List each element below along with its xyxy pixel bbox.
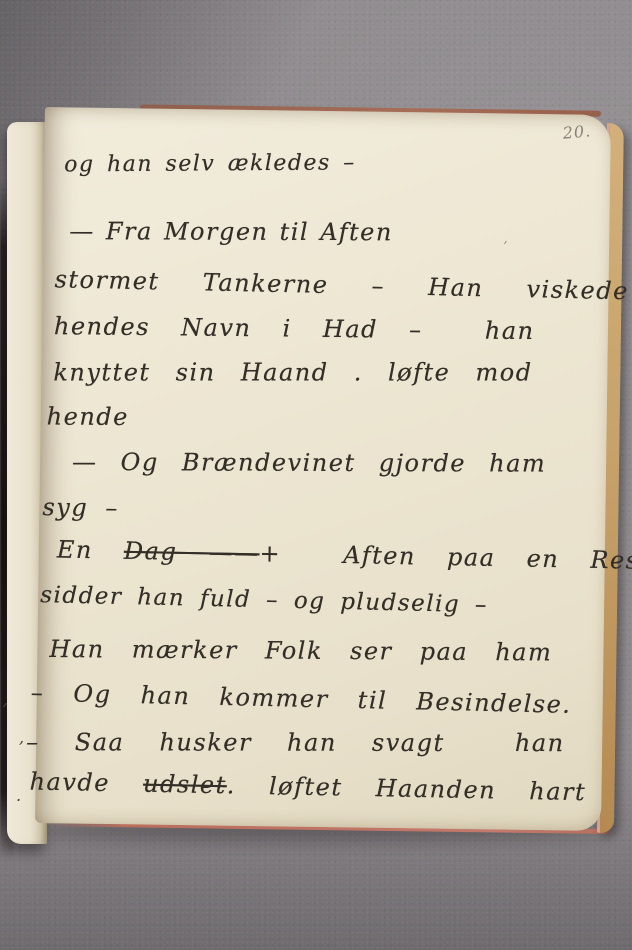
- handwriting-line: En Dag ——+ Aften paa en Restaurant: [57, 538, 632, 575]
- handwriting-line: stormet Tankerne – Han viskede: [54, 267, 629, 303]
- handwriting-line: Han mærker Folk ser paa ham: [49, 637, 552, 665]
- handwriting-segment: . løftet Haanden hart: [227, 771, 587, 806]
- notebook-page: 20. ’ og han selv ækledes – — Fra Morgen…: [35, 107, 611, 831]
- handwriting-line: hendes Navn i Had – han: [54, 314, 535, 343]
- page-number: 20.: [562, 121, 592, 143]
- handwriting-segment: — Og Brændevinet gjorde ham: [72, 448, 546, 478]
- handwriting-segment-struck: udslet: [143, 770, 227, 800]
- photograph-background: ’ , . 20. ’ og han selv ækledes – — Fra …: [0, 0, 632, 950]
- handwriting-segment: + Aften paa en Restaurant: [259, 539, 632, 576]
- handwriting-segment: havde: [29, 767, 143, 797]
- handwriting-segment: hende: [47, 402, 129, 430]
- handwriting-segment: hendes Navn i Had – han: [54, 312, 535, 345]
- ink-mark: .: [16, 788, 21, 804]
- handwriting-line: – Og han kommer til Besindelse.: [31, 681, 572, 717]
- handwriting-segment: En: [57, 536, 125, 565]
- handwriting-line: havde udslet. løftet Haanden hart: [29, 769, 586, 804]
- handwriting-line: — Fra Morgen til Aften: [69, 219, 393, 244]
- handwriting-segment: stormet Tankerne – Han viskede: [54, 265, 629, 305]
- handwriting-segment: Han mærker Folk ser paa ham: [49, 635, 552, 667]
- ink-mark: ,: [19, 730, 24, 746]
- handwriting-line: syg –: [42, 495, 119, 520]
- handwriting-segment-struck: Dag ——: [124, 537, 260, 568]
- handwriting-segment: – Saa husker han svagt han: [26, 728, 564, 757]
- handwriting-line: hende: [47, 404, 129, 428]
- ink-mark: ’: [503, 239, 507, 254]
- page-surface: 20. ’ og han selv ækledes – — Fra Morgen…: [35, 107, 611, 831]
- handwriting-segment: — Fra Morgen til Aften: [69, 217, 393, 246]
- handwriting-line: sidder han fuld – og pludselig –: [40, 584, 488, 617]
- handwriting-line: – Saa husker han svagt han: [26, 730, 564, 755]
- handwriting-line: — Og Brændevinet gjorde ham: [72, 450, 546, 476]
- handwriting-line: knyttet sin Haand . løfte mod: [53, 361, 532, 385]
- handwriting-segment: og han selv ækledes –: [64, 150, 356, 177]
- handwriting-segment: – Og han kommer til Besindelse.: [31, 679, 572, 719]
- handwriting-line: og han selv ækledes –: [64, 152, 356, 176]
- handwriting-segment: syg –: [42, 493, 119, 522]
- handwriting-segment: sidder han fuld – og pludselig –: [40, 582, 488, 618]
- handwriting-segment: knyttet sin Haand . løfte mod: [53, 359, 532, 387]
